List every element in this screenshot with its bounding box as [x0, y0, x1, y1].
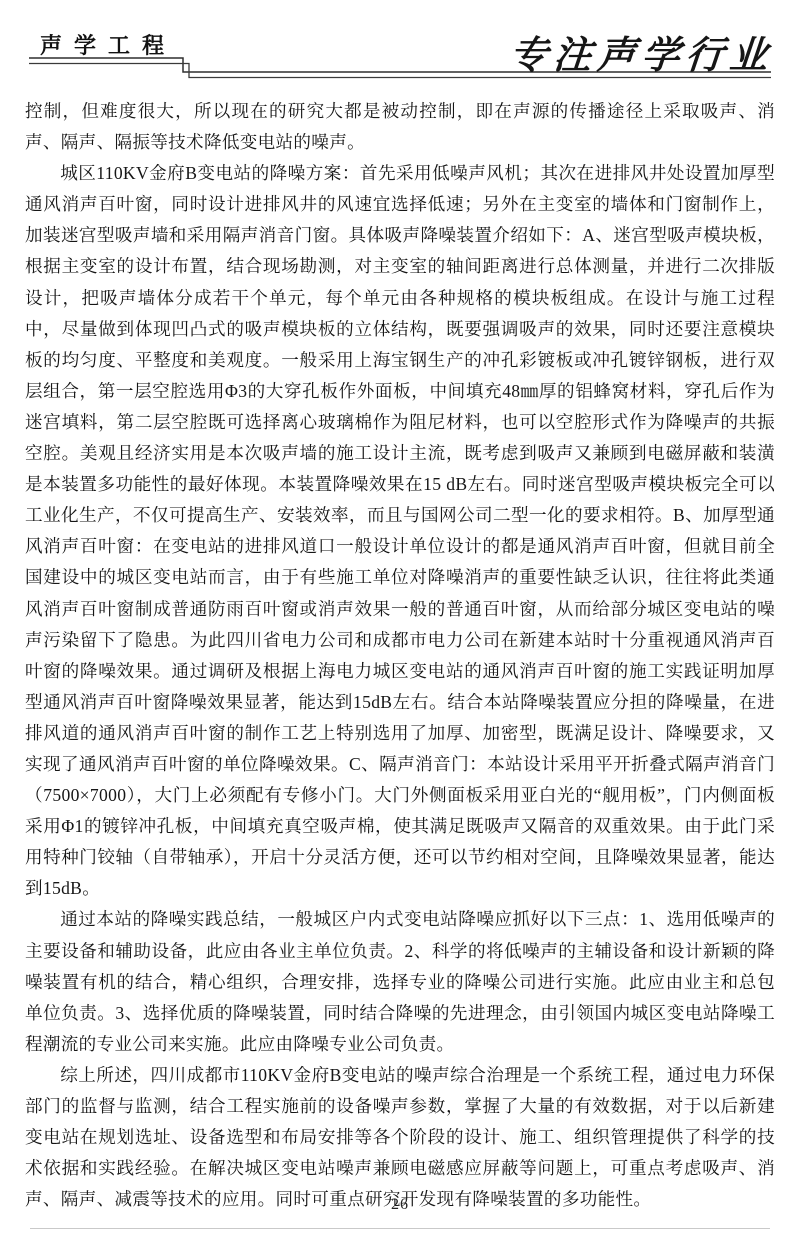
article-body: 控制，但难度很大，所以现在的研究大都是被动控制，即在声源的传播途径上采取吸声、消… — [25, 96, 775, 1215]
document-page: 声学工程 专注声学行业 控制，但难度很大，所以现在的研究大都是被动控制，即在声源… — [0, 0, 800, 1236]
journal-slogan: 专注声学行业 — [508, 24, 777, 79]
paragraph-conclusion: 综上所述，四川成都市110KV金府B变电站的噪声综合治理是一个系统工程，通过电力… — [25, 1060, 775, 1215]
paragraph-continuation: 控制，但难度很大，所以现在的研究大都是被动控制，即在声源的传播途径上采取吸声、消… — [25, 96, 775, 158]
journal-title: 声学工程 — [40, 29, 176, 60]
footer-rule-line — [30, 1228, 770, 1229]
paragraph-three-points-summary: 通过本站的降噪实践总结，一般城区户内式变电站降噪应抓好以下三点：1、选用低噪声的… — [25, 904, 775, 1059]
paragraph-noise-reduction-plan: 城区110KV金府B变电站的降噪方案：首先采用低噪声风机；其次在进排风井处设置加… — [25, 158, 775, 904]
page-number: 26 — [0, 1196, 800, 1214]
page-header: 声学工程 专注声学行业 — [0, 0, 800, 96]
